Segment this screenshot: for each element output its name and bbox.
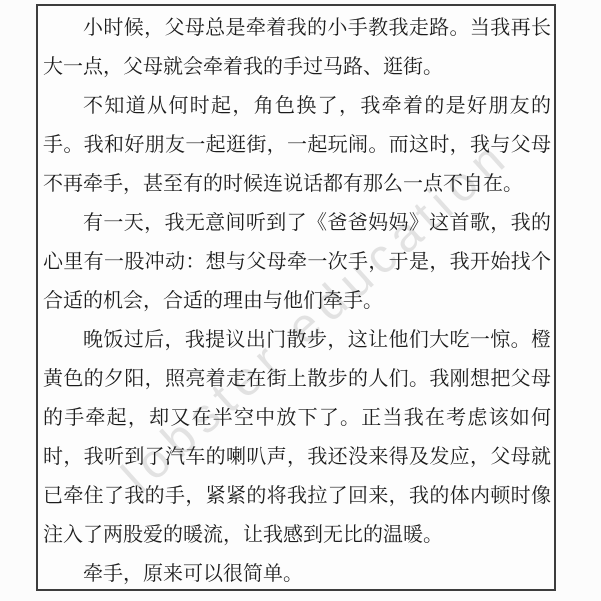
- page-canvas: lobster education 小时候，父母总是牵着我的小手教我走路。当我再…: [0, 0, 601, 601]
- essay-body: 小时候，父母总是牵着我的小手教我走路。当我再长大一点，父母就会牵着我的手过马路、…: [43, 9, 551, 591]
- essay-paragraph: 小时候，父母总是牵着我的小手教我走路。当我再长大一点，父母就会牵着我的手过马路、…: [43, 9, 551, 87]
- essay-paragraph: 不知道从何时起，角色换了，我牵着的是好朋友的手。我和好朋友一起逛街，一起玩闹。而…: [43, 87, 551, 204]
- essay-paragraph: 牵手，原来可以很简单。: [43, 555, 551, 591]
- essay-paragraph: 有一天，我无意间听到了《爸爸妈妈》这首歌，我的心里有一股冲动：想与父母牵一次手，…: [43, 204, 551, 321]
- document-page: lobster education 小时候，父母总是牵着我的小手教我走路。当我再…: [36, 4, 556, 591]
- essay-paragraph: 晚饭过后，我提议出门散步，这让他们大吃一惊。橙黄色的夕阳，照亮着走在街上散步的人…: [43, 321, 551, 555]
